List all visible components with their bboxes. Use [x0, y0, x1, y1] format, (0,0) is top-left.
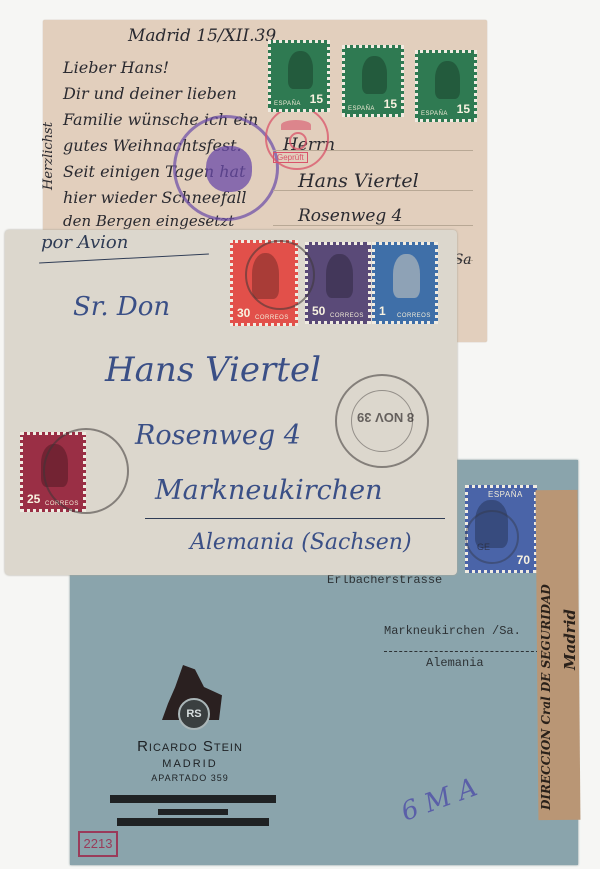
violet-seal-icon — [206, 146, 252, 192]
stamp: ESPAÑA 15 — [268, 40, 330, 112]
sender-address: APARTADO 359 — [110, 773, 270, 783]
postmark: 8 NOV 39 — [335, 374, 429, 468]
stamp: ESPAÑA 15 — [415, 50, 477, 122]
redaction-bar — [158, 809, 228, 815]
message-line: Lieber Hans! — [63, 58, 169, 77]
censor-postmark: Geprüft — [265, 106, 329, 170]
recipient-line: Erlbacherstrasse — [327, 573, 442, 587]
pencil-note: 6 M A — [397, 772, 481, 827]
postmark — [245, 240, 315, 310]
message-line: Dir und deiner lieben — [63, 84, 237, 103]
postmark-date: 8 NOV 39 — [357, 410, 414, 425]
redaction-bar — [110, 795, 276, 803]
sender-name: Ricardo Stein — [110, 738, 270, 755]
side-note: Herzlichst — [41, 122, 56, 190]
censor-label: Geprüft — [273, 152, 308, 163]
censor-tape-text: DIRECCION Cral DE SEGURIDAD — [539, 470, 553, 810]
redaction-bar — [117, 818, 269, 826]
recipient-line: Alemania — [426, 656, 484, 670]
recipient-line: Markneukirchen /Sa. — [384, 624, 521, 638]
address-line: Alemania (Sachsen) — [190, 530, 412, 555]
stamp: CORREOS 1 — [372, 242, 438, 324]
eagle-icon — [281, 120, 311, 130]
address-line: Markneukirchen — [155, 475, 383, 506]
box-number: 2213 — [78, 831, 118, 857]
airmail-note: por Avion — [41, 232, 128, 253]
postmark — [43, 428, 129, 514]
stamp: CORREOS 50 — [305, 242, 371, 324]
violet-handstamp — [173, 115, 279, 221]
postcard-date: Madrid 15/XII.39 — [128, 26, 276, 46]
address-line: Hans Viertel — [105, 350, 321, 390]
censor-tape-city: Madrid — [561, 609, 579, 670]
postmark: GE — [465, 510, 519, 564]
address-line: Rosenweg 4 — [298, 206, 402, 226]
sender-monogram: RS — [178, 698, 210, 730]
address-line: Hans Viertel — [298, 170, 419, 192]
stamp: ESPAÑA 15 — [342, 45, 404, 117]
sender-city: MADRID — [110, 758, 270, 770]
grey-envelope: por Avion Sr. Don Hans Viertel Rosenweg … — [5, 230, 457, 575]
address-line: Rosenweg 4 — [135, 420, 301, 451]
address-line: Sr. Don — [73, 292, 170, 322]
